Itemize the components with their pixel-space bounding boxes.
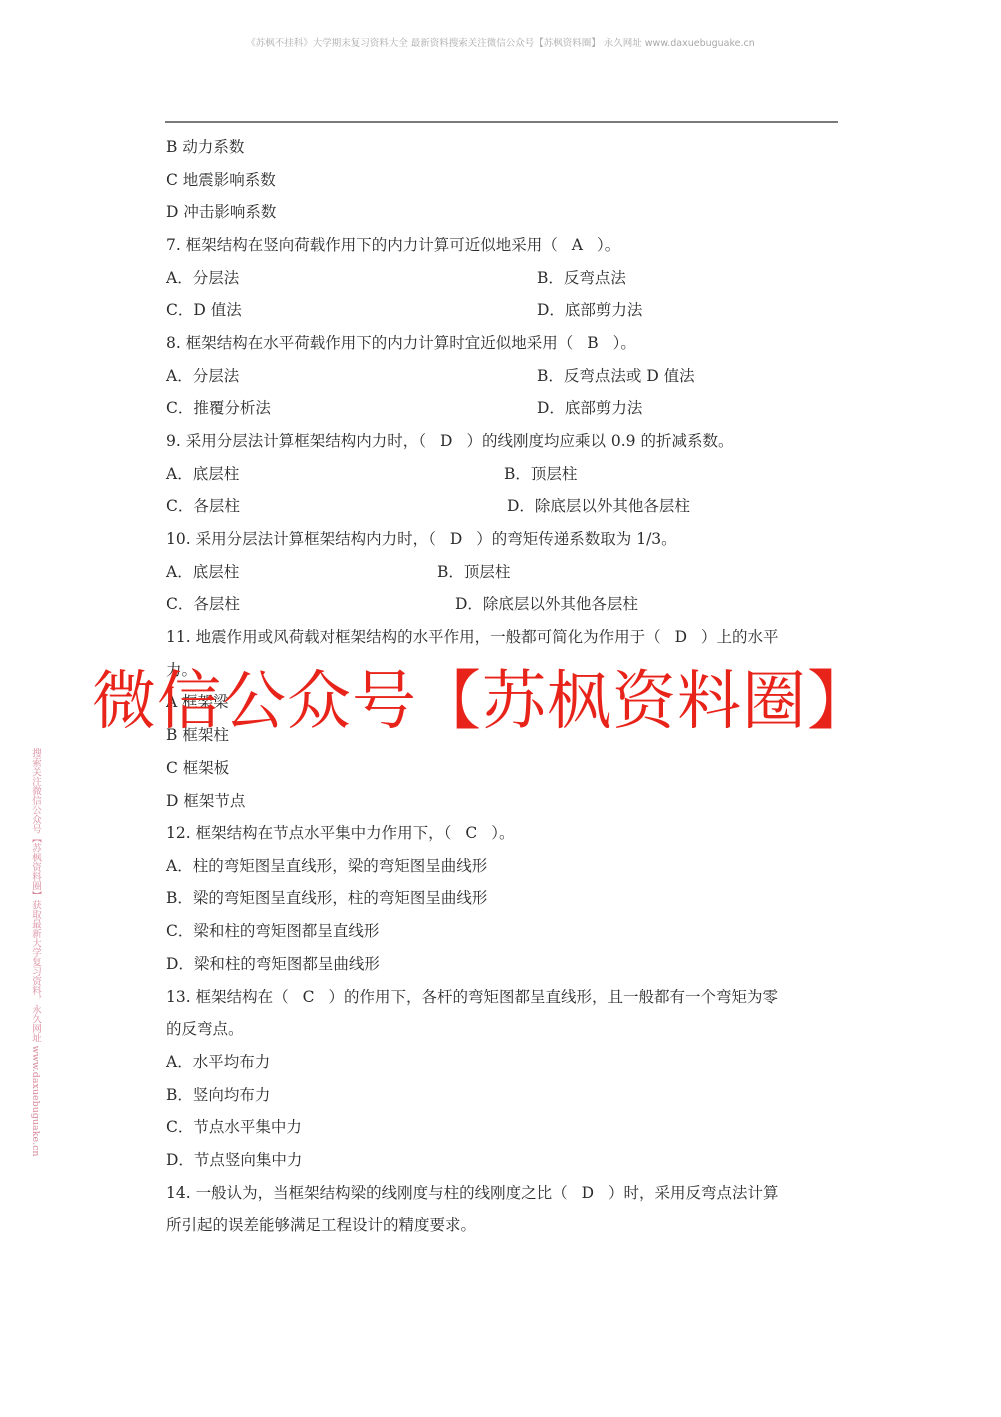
option-item: C．推覆分析法 (166, 398, 271, 418)
option-item: D．节点竖向集中力 (166, 1150, 302, 1170)
option-item: A．底层柱 (166, 464, 239, 484)
option-item: B．顶层柱 (437, 562, 510, 582)
option-item: D 框架节点 (166, 791, 245, 811)
answer: A (558, 235, 597, 255)
question-8-stem: 8. 框架结构在水平荷载作用下的内力计算时宜近似地采用（B）。 (166, 333, 636, 353)
option-item: D．除底层以外其他各层柱 (455, 594, 638, 614)
option-item: A．分层法 (166, 268, 239, 288)
option-item: C．节点水平集中力 (166, 1117, 302, 1137)
option-item: A．底层柱 (166, 562, 239, 582)
question-number: 9. (166, 432, 181, 450)
option-item: C 地震影响系数 (166, 170, 276, 190)
option-item: C．各层柱 (166, 594, 240, 614)
option-item: D．梁和柱的弯矩图都呈曲线形 (166, 954, 380, 974)
answer: B (573, 333, 612, 353)
option-item: B．竖向均布力 (166, 1085, 270, 1105)
page-header: 《苏枫不挂科》大学期末复习资料大全 最新资料搜索关注微信公众号【苏枫资料圈】 永… (0, 35, 1001, 49)
question-number: 12. (166, 824, 191, 842)
option-item: A．分层法 (166, 366, 239, 386)
answer: D (426, 431, 466, 451)
option-item: D 冲击影响系数 (166, 202, 276, 222)
option-item: D．底部剪力法 (537, 300, 642, 320)
option-item: C．D 值法 (166, 300, 242, 320)
question-14-stem-cont: 所引起的误差能够满足工程设计的精度要求。 (166, 1215, 476, 1235)
option-item: A．柱的弯矩图呈直线形，梁的弯矩图呈曲线形 (166, 856, 487, 876)
answer: C (451, 823, 491, 843)
question-number: 8. (166, 334, 181, 352)
option-item: D．除底层以外其他各层柱 (507, 496, 690, 516)
question-10-stem: 10. 采用分层法计算框架结构内力时，（D）的弯矩传递系数取为 1/3。 (166, 529, 677, 549)
option-item: B．反弯点法或 D 值法 (537, 366, 695, 386)
question-14-stem: 14. 一般认为，当框架结构梁的线刚度与柱的线刚度之比（D）时，采用反弯点法计算 (166, 1183, 779, 1203)
question-13-stem-cont: 的反弯点。 (166, 1019, 244, 1039)
header-divider (165, 121, 838, 123)
question-9-stem: 9. 采用分层法计算框架结构内力时，（D）的线刚度均应乘以 0.9 的折减系数。 (166, 431, 733, 451)
option-item: A．水平均布力 (166, 1052, 270, 1072)
question-number: 10. (166, 530, 191, 548)
question-number: 7. (166, 236, 181, 254)
option-item: D．底部剪力法 (537, 398, 642, 418)
side-watermark-text: 搜索关注微信公众号【苏枫资料圈】获取最新大学复习资料，永久网址 www.daxu… (26, 748, 40, 1157)
question-11-stem: 11. 地震作用或风荷载对框架结构的水平作用，一般都可简化为作用于（D）上的水平 (166, 627, 779, 647)
question-7-stem: 7. 框架结构在竖向荷载作用下的内力计算可近似地采用（A）。 (166, 235, 620, 255)
answer: D (568, 1183, 608, 1203)
option-item: C 框架板 (166, 758, 229, 778)
answer: C (289, 987, 329, 1007)
option-item: B．梁的弯矩图呈直线形，柱的弯矩图呈曲线形 (166, 888, 487, 908)
question-12-stem: 12. 框架结构在节点水平集中力作用下，（C）。 (166, 823, 515, 843)
option-item: C．各层柱 (166, 496, 240, 516)
question-number: 11. (166, 628, 191, 646)
question-number: 14. (166, 1184, 191, 1202)
answer: D (661, 627, 701, 647)
question-13-stem: 13. 框架结构在（C）的作用下，各杆的弯矩图都呈直线形，且一般都有一个弯矩为零 (166, 987, 778, 1007)
answer: D (436, 529, 476, 549)
option-item: B．反弯点法 (537, 268, 626, 288)
option-item: C．梁和柱的弯矩图都呈直线形 (166, 921, 379, 941)
option-item: B 动力系数 (166, 137, 244, 157)
option-item: B．顶层柱 (504, 464, 577, 484)
question-number: 13. (166, 988, 191, 1006)
watermark-banner: 微信公众号【苏枫资料圈】 (92, 664, 872, 740)
